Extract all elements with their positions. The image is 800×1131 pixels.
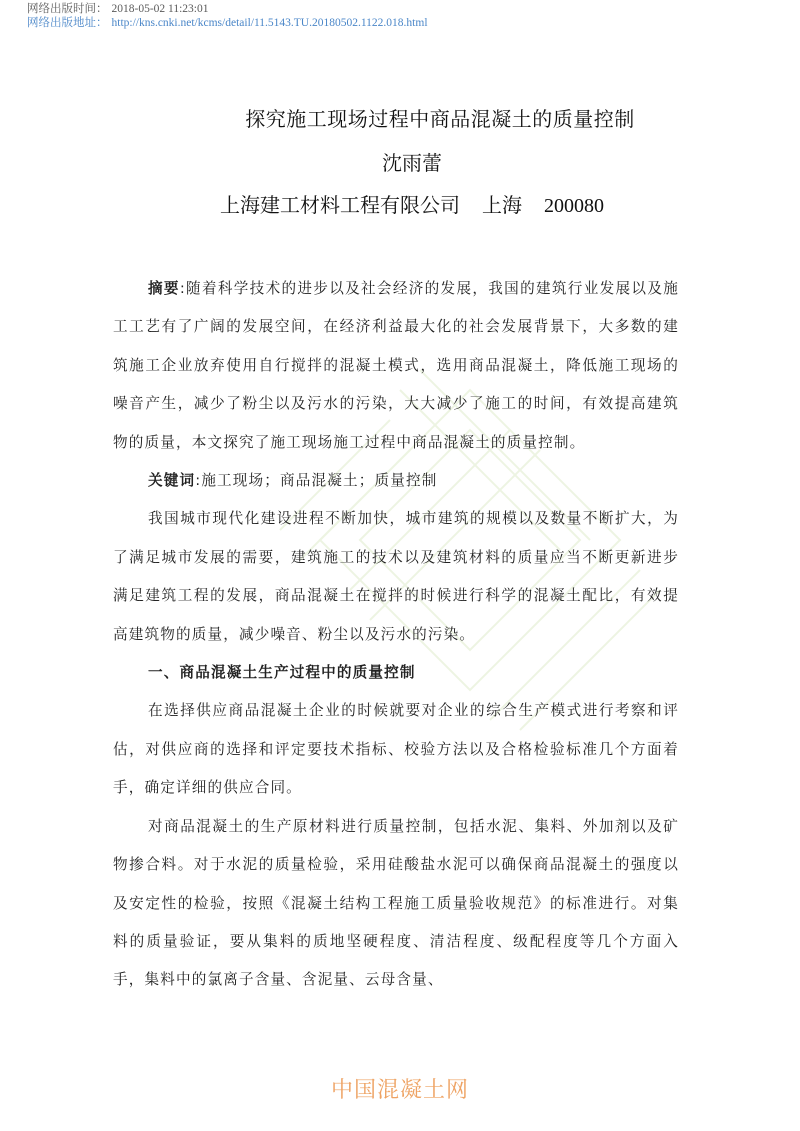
affiliation-organization: 上海建工材料工程有限公司 (220, 193, 460, 217)
keywords-text: 施工现场；商品混凝土；质量控制 (201, 472, 437, 489)
abstract-section: 摘要:随着科学技术的进步以及社会经济的发展，我国的建筑行业发展以及施工工艺有了广… (113, 270, 679, 1000)
abstract-label: 摘要 (148, 280, 180, 297)
author-name: 沈雨蕾 (0, 147, 800, 176)
affiliation-city: 上海 (482, 193, 522, 217)
footer-brand: 中国混凝土网 (0, 1073, 800, 1104)
abstract-paragraph: 摘要:随着科学技术的进步以及社会经济的发展，我国的建筑行业发展以及施工工艺有了广… (113, 270, 679, 462)
keywords-paragraph: 关键词:施工现场；商品混凝土；质量控制 (113, 462, 679, 500)
affiliation-postcode: 200080 (544, 195, 604, 217)
publish-url-label: 网络出版地址： (27, 17, 108, 29)
publish-time-row: 网络出版时间：2018-05-02 11:23:01 (27, 2, 428, 16)
publish-url-row: 网络出版地址：http://kns.cnki.net/kcms/detail/1… (27, 16, 428, 30)
section-1-paragraph-1: 在选择供应商品混凝土企业的时候就要对企业的综合生产模式进行考察和评估，对供应商的… (113, 692, 679, 807)
publish-time-value: 2018-05-02 11:23:01 (112, 3, 209, 15)
online-publication-header: 网络出版时间：2018-05-02 11:23:01 网络出版地址：http:/… (27, 2, 428, 30)
intro-paragraph: 我国城市现代化建设进程不断加快，城市建筑的规模以及数量不断扩大，为了满足城市发展… (113, 500, 679, 654)
section-heading-1: 一、商品混凝土生产过程中的质量控制 (113, 654, 679, 692)
paper-title: 探究施工现场过程中商品混凝土的质量控制 (0, 103, 800, 132)
abstract-text: 随着科学技术的进步以及社会经济的发展，我国的建筑行业发展以及施工工艺有了广阔的发… (113, 280, 679, 451)
author-affiliation: 上海建工材料工程有限公司上海200080 (0, 189, 800, 218)
keywords-label: 关键词 (148, 472, 195, 489)
publish-url-link[interactable]: http://kns.cnki.net/kcms/detail/11.5143.… (112, 17, 428, 29)
section-1-paragraph-2: 对商品混凝土的生产原材料进行质量控制，包括水泥、集料、外加剂以及矿物掺合料。对于… (113, 808, 679, 1000)
publish-time-label: 网络出版时间： (27, 3, 108, 15)
